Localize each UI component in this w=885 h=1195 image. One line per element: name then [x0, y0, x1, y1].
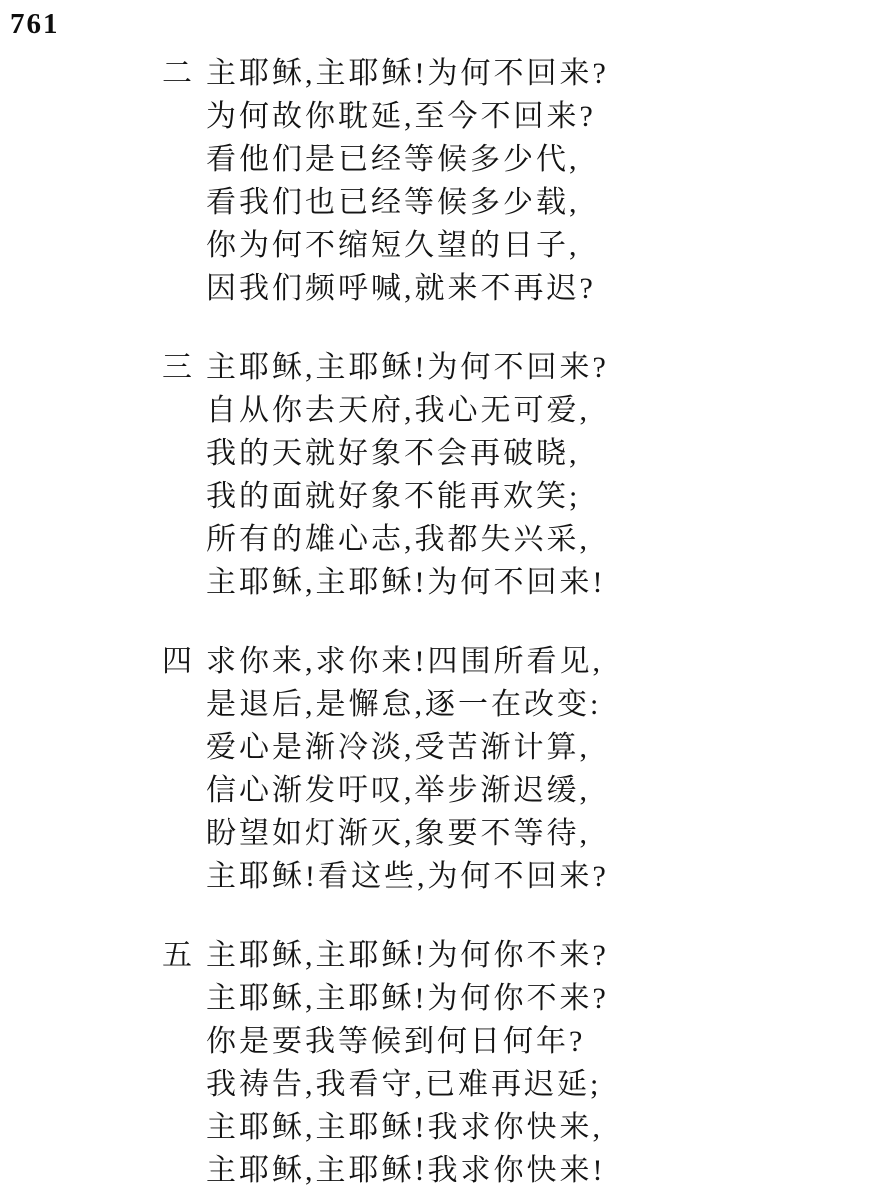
- verse-3: 三 主耶稣,主耶稣!为何不回来? 自从你去天府,我心无可爱, 我的天就好象不会再…: [162, 346, 609, 604]
- hymn-line: 主耶稣,主耶稣!我求你快来,: [206, 1106, 609, 1149]
- verse-number: 四: [162, 640, 193, 683]
- hymn-line: 爱心是渐冷淡,受苦渐计算,: [206, 726, 609, 769]
- hymn-line: 主耶稣,主耶稣!为何你不来?: [206, 977, 609, 1020]
- verse-4: 四 求你来,求你来!四围所看见, 是退后,是懈怠,逐一在改变: 爱心是渐冷淡,受…: [162, 640, 609, 898]
- verse-5: 五 主耶稣,主耶稣!为何你不来? 主耶稣,主耶稣!为何你不来? 你是要我等候到何…: [162, 934, 609, 1192]
- hymn-line: 盼望如灯渐灭,象要不等待,: [206, 812, 609, 855]
- hymn-line: 我祷告,我看守,已难再迟延;: [206, 1063, 609, 1106]
- hymn-line: 是退后,是懈怠,逐一在改变:: [206, 683, 609, 726]
- verse-number: 三: [162, 346, 193, 389]
- verse-lines: 主耶稣,主耶稣!为何不回来? 为何故你耽延,至今不回来? 看他们是已经等候多少代…: [206, 52, 609, 310]
- hymn-line: 你是要我等候到何日何年?: [206, 1020, 609, 1063]
- hymn-line: 主耶稣,主耶稣!我求你快来!: [206, 1149, 609, 1192]
- hymn-line: 主耶稣!看这些,为何不回来?: [206, 855, 609, 898]
- hymn-line: 信心渐发吁叹,举步渐迟缓,: [206, 769, 609, 812]
- hymn-line: 自从你去天府,我心无可爱,: [206, 389, 609, 432]
- hymn-line: 为何故你耽延,至今不回来?: [206, 95, 609, 138]
- verse-number: 五: [162, 934, 193, 977]
- hymn-line: 所有的雄心志,我都失兴采,: [206, 518, 609, 561]
- hymn-line: 看我们也已经等候多少载,: [206, 181, 609, 224]
- hymn-line: 你为何不缩短久望的日子,: [206, 224, 609, 267]
- verse-2: 二 主耶稣,主耶稣!为何不回来? 为何故你耽延,至今不回来? 看他们是已经等候多…: [162, 52, 609, 310]
- hymnal-page: 761 二 主耶稣,主耶稣!为何不回来? 为何故你耽延,至今不回来? 看他们是已…: [0, 0, 885, 1195]
- hymn-line: 主耶稣,主耶稣!为何不回来!: [206, 561, 609, 604]
- hymn-line: 我的天就好象不会再破晓,: [206, 432, 609, 475]
- verse-lines: 求你来,求你来!四围所看见, 是退后,是懈怠,逐一在改变: 爱心是渐冷淡,受苦渐…: [206, 640, 609, 898]
- verse-lines: 主耶稣,主耶稣!为何不回来? 自从你去天府,我心无可爱, 我的天就好象不会再破晓…: [206, 346, 609, 604]
- hymn-line: 求你来,求你来!四围所看见,: [206, 640, 609, 683]
- hymn-verses: 二 主耶稣,主耶稣!为何不回来? 为何故你耽延,至今不回来? 看他们是已经等候多…: [162, 52, 609, 1192]
- hymn-line: 我的面就好象不能再欢笑;: [206, 475, 609, 518]
- hymn-line: 因我们频呼喊,就来不再迟?: [206, 267, 609, 310]
- verse-number: 二: [162, 52, 193, 95]
- hymn-line: 看他们是已经等候多少代,: [206, 138, 609, 181]
- hymn-line: 主耶稣,主耶稣!为何不回来?: [206, 346, 609, 389]
- page-number: 761: [10, 8, 60, 41]
- verse-lines: 主耶稣,主耶稣!为何你不来? 主耶稣,主耶稣!为何你不来? 你是要我等候到何日何…: [206, 934, 609, 1192]
- hymn-line: 主耶稣,主耶稣!为何你不来?: [206, 934, 609, 977]
- hymn-line: 主耶稣,主耶稣!为何不回来?: [206, 52, 609, 95]
